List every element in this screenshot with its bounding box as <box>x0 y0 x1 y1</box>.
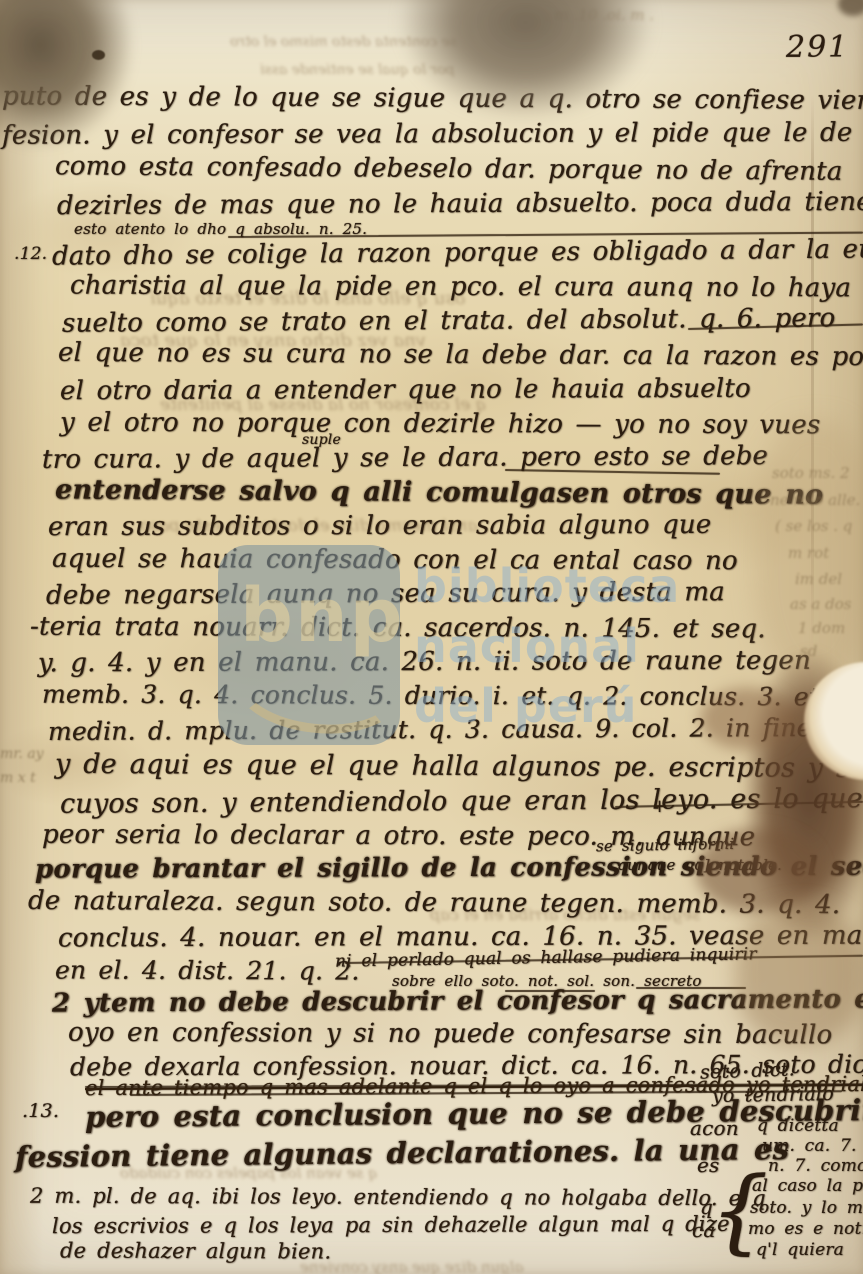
manuscript-line: y. g. 4. y en el manu. ca. 26. n. ii. so… <box>38 648 811 678</box>
manuscript-page: . m .10 .oi. m .se contenta desto mismo … <box>0 0 863 1274</box>
manuscript-line: en el. 4. dist. 21. q. 2. <box>55 957 360 984</box>
manuscript-line: y de aqui es que el que halla algunos pe… <box>55 751 863 784</box>
faint-fragment: m x t <box>0 770 36 786</box>
faint-fragment: as a dos <box>790 595 851 613</box>
faint-fragment: mr. ay <box>0 746 44 762</box>
manuscript-line: -teria trata nouarr. dict. ca. sacerdos.… <box>30 614 766 644</box>
manuscript-line: fession tiene algunas declarationes. la … <box>15 1134 789 1173</box>
manuscript-line: memb. 3. q. 4. conclus. 5. durio. i. et.… <box>42 682 856 711</box>
manuscript-line: eran sus subditos o si lo eran sabia alg… <box>48 512 712 542</box>
manuscript-line: entenderse salvo q alli comulgasen otros… <box>55 476 823 510</box>
manuscript-line: 2 ytem no debe descubrir el confesor q s… <box>52 985 863 1018</box>
manuscript-line: el otro daria a entender que no le hauia… <box>60 376 751 406</box>
manuscript-line: + <box>652 798 667 817</box>
margin-note: soto dict. <box>700 1060 795 1083</box>
manuscript-line: tro cura. y de aquel y se le dara. pero … <box>42 443 768 474</box>
faint-fragment: m rot <box>788 544 829 562</box>
manuscript-line: fesion. y el confesor se vea la absoluci… <box>2 119 863 150</box>
manuscript-line: medin. d. mplu. de restitut. q. 3. causa… <box>48 715 812 745</box>
manuscript-line: de deshazer algun bien. <box>60 1240 331 1263</box>
margin-note: n. 7. como <box>768 1158 863 1176</box>
faint-fragment: ne rolo alle. <box>770 491 860 509</box>
manuscript-line: porque brantar el sigillo de la confessi… <box>35 853 863 883</box>
folio-number: 291 <box>786 30 849 65</box>
manuscript-line: como esta confesado debeselo dar. porque… <box>55 153 843 186</box>
manuscript-line: suelto como se trato en el trata. del ab… <box>62 305 836 338</box>
margin-note: { <box>710 1163 769 1260</box>
manuscript-line: .12. <box>14 246 47 264</box>
margin-note: yo tendrialo <box>712 1085 834 1107</box>
faint-fragment: ( se los . q <box>775 517 852 535</box>
manuscript-line: cuyos son. y entendiendolo que eran los … <box>60 785 863 819</box>
manuscript-line: charistia al que la pide en pco. el cura… <box>70 273 863 303</box>
ink-rule <box>505 990 595 992</box>
manuscript-line: puto de es y de lo que se sigue que a q.… <box>2 83 863 116</box>
manuscript-line: aquel se hauia confesado con el ca ental… <box>52 546 738 576</box>
margin-note: acon <box>690 1118 739 1139</box>
manuscript-line: oyo en confession y si no puede confesar… <box>68 1020 832 1050</box>
ink-rule <box>636 987 746 989</box>
faint-fragment: soto ms. 2 <box>772 464 850 482</box>
manuscript-text-layer: puto de es y de lo que se sigue que a q.… <box>0 0 863 1274</box>
manuscript-line: dezirles de mas que no le hauia absuelto… <box>57 189 863 221</box>
faint-fragment: im del <box>795 570 842 588</box>
margin-note: um. ca. 7. <box>762 1138 857 1156</box>
manuscript-line: el que no es su cura no se la debe dar. … <box>58 340 863 372</box>
manuscript-line: .13. <box>22 1102 59 1122</box>
manuscript-line: los escrivios e q los leya pa sin dehaze… <box>52 1213 730 1237</box>
manuscript-line: 2 m. pl. de aq. ibi los leyo. entendiend… <box>30 1185 766 1210</box>
manuscript-line: de naturaleza. segun soto. de raune tege… <box>28 888 840 920</box>
margin-note: q dicetta <box>757 1118 839 1136</box>
faint-fragment: sd <box>800 642 817 660</box>
manuscript-line: y el otro no porque con dezirle hizo — y… <box>60 410 820 440</box>
manuscript-line: debe negarsela aunq no sea su cura. y de… <box>46 579 725 610</box>
manuscript-line: dato dho se colige la razon porque es ob… <box>52 236 863 270</box>
faint-fragment: 1 dom <box>798 619 845 637</box>
margin-note: q'l quiera <box>756 1242 844 1260</box>
